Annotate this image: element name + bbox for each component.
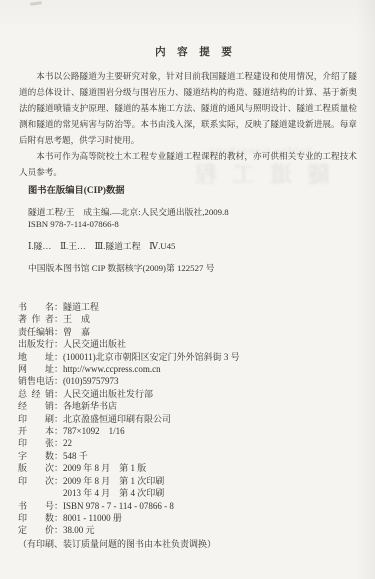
cip-heading: 图书在版编目(CIP)数据 bbox=[28, 185, 358, 197]
colophon-row: 印次：2009 年 8 月 第 1 次印刷 bbox=[18, 475, 358, 487]
colophon-row-label: 开本 bbox=[18, 425, 54, 437]
colophon-row-colon: ： bbox=[54, 301, 63, 313]
colophon-row-label: 书号 bbox=[18, 500, 54, 512]
colophon-row: 书号：ISBN 978 - 7 - 114 - 07866 - 8 bbox=[18, 500, 358, 512]
colophon-row: 经销：各地新华书店 bbox=[18, 400, 358, 412]
colophon-row-colon: ： bbox=[54, 313, 63, 325]
colophon-row-label: 责任编辑 bbox=[18, 326, 54, 338]
colophon-row: 2013 年 4 月 第 4 次印刷 bbox=[18, 487, 358, 499]
colophon-row-value: 隧道工程 bbox=[63, 302, 99, 312]
colophon-row: 定价：38.00 元 bbox=[18, 524, 358, 536]
colophon-row: 印张：22 bbox=[18, 437, 358, 449]
cip-registry: 中国版本图书馆 CIP 数据核字(2009)第 122527 号 bbox=[28, 262, 358, 274]
colophon-row-label: 销售电话 bbox=[18, 375, 54, 387]
colophon-row-label: 印次 bbox=[18, 475, 54, 487]
cip-publication-line: 隧道工程/王 成主编.—北京:人民交通出版社,2009.8 bbox=[28, 206, 358, 218]
colophon-row-label: 印张 bbox=[18, 437, 54, 449]
colophon-row-value: ISBN 978 - 7 - 114 - 07866 - 8 bbox=[63, 501, 174, 511]
colophon-row-colon: ： bbox=[54, 338, 63, 350]
colophon-row: 销售电话：(010)59757973 bbox=[18, 375, 358, 387]
colophon-row-value: 各地新华书店 bbox=[63, 401, 117, 411]
colophon-row-value: 8001 - 11000 册 bbox=[63, 513, 122, 523]
colophon-row-colon: ： bbox=[54, 425, 63, 437]
colophon-row-value: 北京盈盛恒通印刷有限公司 bbox=[63, 414, 171, 424]
colophon-row-colon: ： bbox=[54, 462, 63, 474]
colophon-row-label: 地址 bbox=[18, 351, 54, 363]
colophon-row-colon: ： bbox=[54, 450, 63, 462]
colophon-row-value: 2009 年 8 月 第 1 次印刷 bbox=[63, 476, 164, 486]
book-copyright-page: Suidao Gongcheng 隧 道 工 程 内 容 提 要 本书以公路隧道… bbox=[0, 0, 375, 579]
colophon-row-value: http://www.ccpress.com.cn bbox=[63, 364, 161, 374]
colophon-row-value: 38.00 元 bbox=[63, 525, 95, 535]
scan-artifact bbox=[30, 1, 42, 6]
colophon-row-colon: ： bbox=[54, 475, 63, 487]
colophon-row-value: 王 成 bbox=[63, 314, 90, 324]
colophon-row-label: 版次 bbox=[18, 462, 54, 474]
colophon-rows: 书名：隧道工程 著作者：王 成 责任编辑：曾 嘉 出版发行：人民交通出版社 地址… bbox=[18, 301, 358, 537]
colophon-row: 责任编辑：曾 嘉 bbox=[18, 326, 358, 338]
colophon-row: 书名：隧道工程 bbox=[18, 301, 358, 313]
colophon-row-value: 2009 年 8 月 第 1 版 bbox=[63, 463, 146, 473]
colophon-row-colon: ： bbox=[54, 512, 63, 524]
colophon-row-colon: ： bbox=[54, 500, 63, 512]
colophon-row-colon: ： bbox=[54, 375, 63, 387]
summary-title: 内 容 提 要 bbox=[0, 44, 375, 59]
colophon-row-label: 出版发行 bbox=[18, 338, 54, 350]
colophon-row-value: (010)59757973 bbox=[63, 376, 119, 386]
colophon-row-value: 548 千 bbox=[63, 451, 88, 461]
colophon-row-colon: ： bbox=[54, 363, 63, 375]
colophon-section: 书名：隧道工程 著作者：王 成 责任编辑：曾 嘉 出版发行：人民交通出版社 地址… bbox=[18, 301, 358, 550]
colophon-row-value: 人民交通出版社发行部 bbox=[63, 389, 153, 399]
colophon-row: 印刷：北京盈盛恒通印刷有限公司 bbox=[18, 413, 358, 425]
colophon-row-label: 印刷 bbox=[18, 413, 54, 425]
colophon-row-colon: ： bbox=[54, 524, 63, 536]
colophon-row-value: 曾 嘉 bbox=[63, 327, 90, 337]
colophon-row: 字数：548 千 bbox=[18, 450, 358, 462]
colophon-note: （有印刷、装订质量问题的图书由本社负责调换） bbox=[18, 538, 358, 550]
colophon-row: 出版发行：人民交通出版社 bbox=[18, 338, 358, 350]
colophon-row-label: 网址 bbox=[18, 363, 54, 375]
colophon-row-colon: ： bbox=[54, 437, 63, 449]
summary-paragraph-2: 本书可作为高等院校土木工程专业隧道工程课程的教材，亦可供相关专业的工程技术人员参… bbox=[19, 148, 357, 180]
colophon-row-label: 著作者 bbox=[18, 313, 54, 325]
colophon-row-label: 定价 bbox=[18, 524, 54, 536]
colophon-row-colon: ： bbox=[54, 400, 63, 412]
colophon-row: 著作者：王 成 bbox=[18, 313, 358, 325]
colophon-row: 版次：2009 年 8 月 第 1 版 bbox=[18, 462, 358, 474]
colophon-row-colon: ： bbox=[54, 351, 63, 363]
colophon-row: 地址：(100011)北京市朝阳区安定门外外馆斜街 3 号 bbox=[18, 351, 358, 363]
colophon-row: 网址：http://www.ccpress.com.cn bbox=[18, 363, 358, 375]
colophon-row-value: 2013 年 4 月 第 4 次印刷 bbox=[63, 488, 164, 498]
colophon-row-label: 总经销 bbox=[18, 388, 54, 400]
summary-paragraph-1: 本书以公路隧道为主要研究对象，针对目前我国隧道工程建设和使用情况，介绍了隧道的总… bbox=[19, 68, 357, 148]
colophon-row-colon: ： bbox=[54, 413, 63, 425]
colophon-row-label: 字数 bbox=[18, 450, 54, 462]
colophon-row-value: 人民交通出版社 bbox=[63, 339, 126, 349]
cip-classification: Ⅰ.隧… Ⅱ.王… Ⅲ.隧道工程 Ⅳ.U45 bbox=[28, 240, 358, 252]
cip-section: 图书在版编目(CIP)数据 隧道工程/王 成主编.—北京:人民交通出版社,200… bbox=[28, 185, 358, 274]
colophon-row-value: (100011)北京市朝阳区安定门外外馆斜街 3 号 bbox=[63, 352, 240, 362]
colophon-row: 印数：8001 - 11000 册 bbox=[18, 512, 358, 524]
colophon-row-colon: ： bbox=[54, 326, 63, 338]
colophon-row: 总经销：人民交通出版社发行部 bbox=[18, 388, 358, 400]
colophon-row-label: 经销 bbox=[18, 400, 54, 412]
summary-section: 本书以公路隧道为主要研究对象，针对目前我国隧道工程建设和使用情况，介绍了隧道的总… bbox=[19, 68, 357, 180]
colophon-row-value: 22 bbox=[63, 438, 72, 448]
colophon-row-colon: ： bbox=[54, 388, 63, 400]
colophon-row: 开本：787×1092 1/16 bbox=[18, 425, 358, 437]
cip-isbn: ISBN 978-7-114-07866-8 bbox=[28, 218, 358, 230]
colophon-row-label: 印数 bbox=[18, 512, 54, 524]
colophon-row-value: 787×1092 1/16 bbox=[63, 426, 125, 436]
colophon-row-label: 书名 bbox=[18, 301, 54, 313]
